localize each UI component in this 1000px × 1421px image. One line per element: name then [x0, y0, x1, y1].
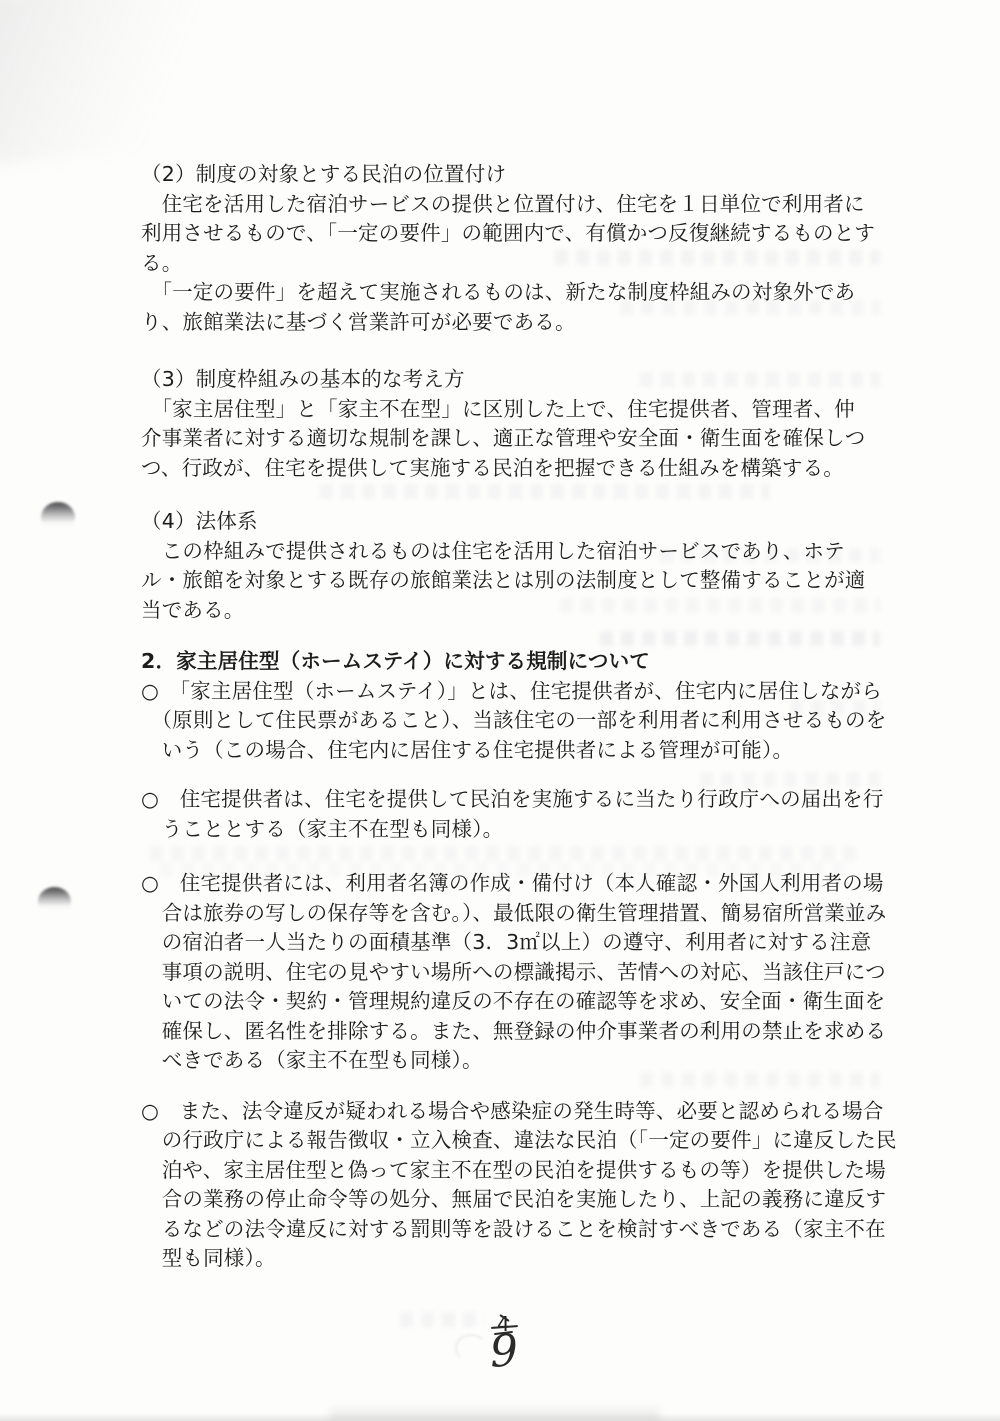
document-line: 利用させるもので、「一定の要件」の範囲内で、有償かつ反復継続するものとす	[141, 219, 889, 249]
document-line: 合の業務の停止命令等の処分、無届で民泊を実施したり、上記の義務に違反す	[141, 1185, 889, 1215]
document-line: の宿泊者一人当たりの面積基準（3．3㎡以上）の遵守、利用者に対する注意	[141, 928, 889, 958]
document-line: いての法令・契約・管理規約違反の不存在の確認等を求め、安全面・衛生面を	[141, 987, 889, 1017]
scan-smudge	[0, 0, 298, 166]
document-line: 「家主居住型」と「家主不在型」に区別した上で、住宅提供者、管理者、仲	[141, 395, 889, 425]
handwritten-page-number: 9	[489, 1329, 519, 1374]
document-line: うこととする（家主不在型も同様）。	[141, 815, 889, 845]
document-line: 住宅を活用した宿泊サービスの提供と位置付け、住宅を１日単位で利用者に	[141, 190, 889, 220]
document-line: る。	[141, 249, 889, 279]
document-line: ○ また、法令違反が疑われる場合や感染症の発生時等、必要と認められる場合	[141, 1097, 889, 1127]
document-line: つ、行政が、住宅を提供して実施する民泊を把握できる仕組みを構築する。	[141, 454, 889, 484]
document-line: 泊や、家主居住型と偽って家主不在型の民泊を提供するもの等）を提供した場	[141, 1156, 889, 1186]
document-line: （原則として住民票があること）、当該住宅の一部を利用者に利用させるものを	[141, 706, 889, 736]
bleedthrough-mark	[400, 1312, 485, 1327]
document-body: （2）制度の対象とする民泊の位置付け 住宅を活用した宿泊サービスの提供と位置付け…	[141, 160, 889, 1274]
document-line: ○ 住宅提供者は、住宅を提供して民泊を実施するに当たり行政庁への届出を行	[141, 785, 889, 815]
document-line: 当である。	[141, 596, 889, 626]
document-line: この枠組みで提供されるものは住宅を活用した宿泊サービスであり、ホテ	[141, 537, 889, 567]
section-heading: （4）法体系	[141, 507, 889, 537]
document-line: 確保し、匿名性を排除する。また、無登録の仲介事業者の利用の禁止を求める	[141, 1017, 889, 1047]
document-line: るなどの法令違反に対する罰則等を設けることを検討すべきである（家主不在	[141, 1215, 889, 1245]
section-heading: （2）制度の対象とする民泊の位置付け	[141, 160, 889, 190]
document-line: ル・旅館を対象とする既存の旅館業法とは別の法制度として整備することが適	[141, 566, 889, 596]
document-line: 合は旅券の写しの保存等を含む。）、最低限の衛生管理措置、簡易宿所営業並み	[141, 899, 889, 929]
punch-hole-shadow	[38, 887, 71, 916]
document-line: ○ 「家主居住型（ホームステイ）」とは、住宅提供者が、住宅内に居住しながら	[141, 677, 889, 707]
document-line: り、旅館業法に基づく営業許可が必要である。	[141, 308, 889, 338]
document-line: 型も同様）。	[141, 1244, 889, 1274]
punch-hole-shadow	[41, 502, 75, 533]
part-heading: 2．家主居住型（ホームステイ）に対する規制について	[141, 647, 889, 677]
document-line: 「一定の要件」を超えて実施されるものは、新たな制度枠組みの対象外であ	[141, 278, 889, 308]
scanned-page: （2）制度の対象とする民泊の位置付け 住宅を活用した宿泊サービスの提供と位置付け…	[0, 0, 1000, 1421]
document-line: 介事業者に対する適切な規制を課し、適正な管理や安全面・衛生面を確保しつ	[141, 424, 889, 454]
document-line: べきである（家主不在型も同様）。	[141, 1046, 889, 1076]
scan-edge-shadow	[0, 1413, 1000, 1421]
document-line: いう（この場合、住宅内に居住する住宅提供者による管理が可能）。	[141, 736, 889, 766]
document-line: ○ 住宅提供者には、利用者名簿の作成・備付け（本人確認・外国人利用者の場	[141, 869, 889, 899]
document-line: の行政庁による報告徴収・立入検査、違法な民泊（「一定の要件」に違反した民	[141, 1126, 889, 1156]
document-line: 事項の説明、住宅の見やすい場所への標識掲示、苦情への対応、当該住戸につ	[141, 958, 889, 988]
section-heading: （3）制度枠組みの基本的な考え方	[141, 365, 889, 395]
scan-smudge	[455, 1334, 487, 1362]
